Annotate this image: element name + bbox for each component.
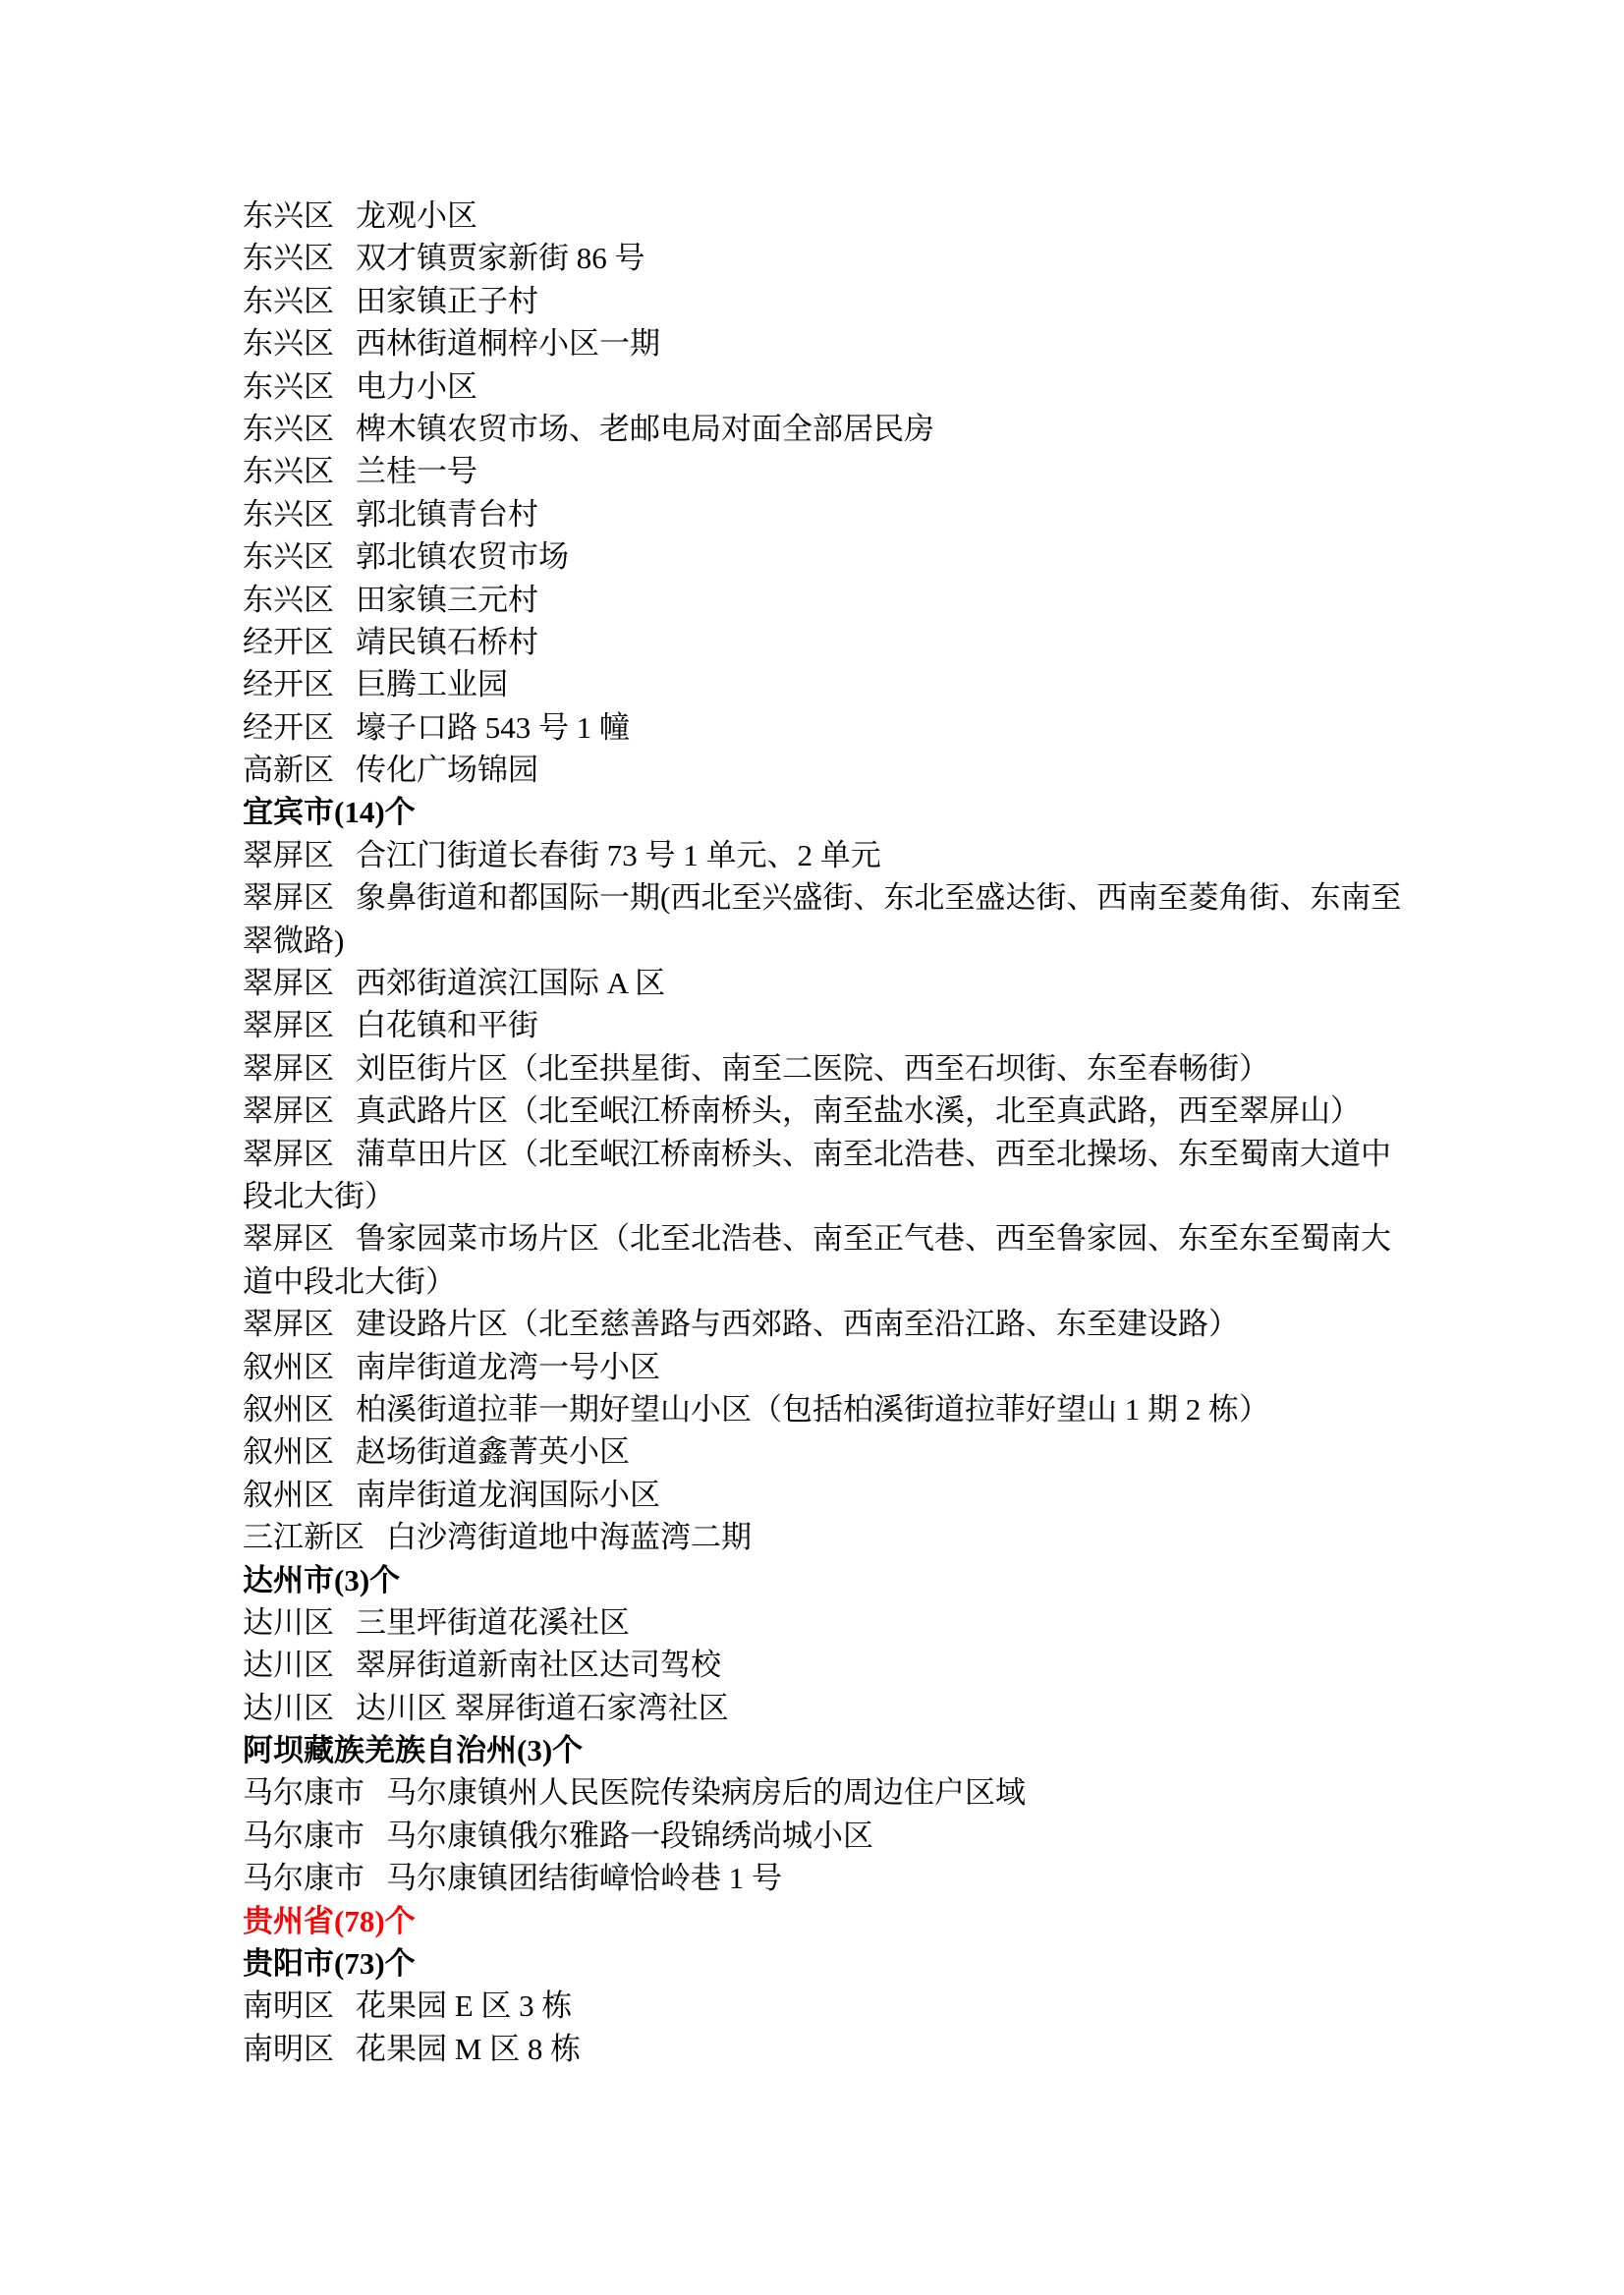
address-text: 白沙湾街道地中海蓝湾二期 xyxy=(386,1520,752,1554)
entry-line: 翠屏区西郊街道滨江国际 A 区 xyxy=(243,962,1397,1004)
province-heading: 贵州省(78)个 xyxy=(243,1900,1397,1942)
entry-line: 达川区翠屏街道新南社区达司驾校 xyxy=(243,1644,1397,1686)
district-label: 达川区 xyxy=(243,1648,334,1682)
district-label: 南明区 xyxy=(243,2032,334,2066)
entry-line: 马尔康市马尔康镇俄尔雅路一段锦绣尚城小区 xyxy=(243,1815,1397,1857)
entry-line: 翠屏区建设路片区（北至慈善路与西郊路、西南至沿江路、东至建设路） xyxy=(243,1303,1397,1345)
address-text: 南岸街道龙润国际小区 xyxy=(356,1478,660,1512)
address-text: 西郊街道滨江国际 A 区 xyxy=(356,966,665,1000)
address-text: 郭北镇农贸市场 xyxy=(356,539,569,574)
district-label: 东兴区 xyxy=(243,497,334,532)
entry-line: 叙州区柏溪街道拉菲一期好望山小区（包括柏溪街道拉菲好望山 1 期 2 栋） xyxy=(243,1388,1397,1430)
district-label: 东兴区 xyxy=(243,454,334,488)
district-label: 高新区 xyxy=(243,753,334,787)
entry-line: 翠屏区合江门街道长春街 73 号 1 单元、2 单元 xyxy=(243,834,1397,876)
address-text: 象鼻街道和都国际一期(西北至兴盛街、东北至盛达街、西南至菱角街、东南至 xyxy=(356,880,1401,915)
address-text: 郭北镇青台村 xyxy=(356,497,538,532)
district-label: 南明区 xyxy=(243,1988,334,2023)
address-text: 赵场街道鑫菁英小区 xyxy=(356,1434,630,1469)
address-text: 田家镇三元村 xyxy=(356,583,538,617)
entry-line: 叙州区南岸街道龙湾一号小区 xyxy=(243,1346,1397,1388)
entry-line: 翠屏区蒲草田片区（北至岷江桥南桥头、南至北浩巷、西至北操场、东至蜀南大道中 xyxy=(243,1133,1397,1175)
district-label: 经开区 xyxy=(243,667,334,701)
district-label: 叙州区 xyxy=(243,1350,334,1384)
address-continuation-line: 段北大街） xyxy=(243,1175,1397,1217)
entry-line: 达川区达川区 翠屏街道石家湾社区 xyxy=(243,1687,1397,1729)
address-text: 蒲草田片区（北至岷江桥南桥头、南至北浩巷、西至北操场、东至蜀南大道中 xyxy=(356,1137,1391,1171)
address-text: 建设路片区（北至慈善路与西郊路、西南至沿江路、东至建设路） xyxy=(356,1307,1239,1341)
entry-line: 翠屏区刘臣街片区（北至拱星街、南至二医院、西至石坝街、东至春畅街） xyxy=(243,1047,1397,1090)
address-text: 花果园 E 区 3 栋 xyxy=(356,1988,572,2023)
entry-line: 南明区花果园 E 区 3 栋 xyxy=(243,1985,1397,2027)
entry-line: 东兴区龙观小区 xyxy=(243,195,1397,237)
document-page: 东兴区龙观小区东兴区双才镇贾家新街 86 号东兴区田家镇正子村东兴区西林街道桐梓… xyxy=(0,0,1624,2295)
district-label: 达川区 xyxy=(243,1691,334,1725)
city-heading: 阿坝藏族羌族自治州(3)个 xyxy=(243,1729,1397,1771)
entry-line: 东兴区田家镇正子村 xyxy=(243,280,1397,322)
district-label: 叙州区 xyxy=(243,1392,334,1427)
address-text: 花果园 M 区 8 栋 xyxy=(356,2032,581,2066)
address-text: 靖民镇石桥村 xyxy=(356,625,538,659)
district-label: 翠屏区 xyxy=(243,1307,334,1341)
district-label: 翠屏区 xyxy=(243,1221,334,1256)
address-continuation-line: 道中段北大街） xyxy=(243,1260,1397,1303)
address-text: 马尔康镇团结街嶂恰岭巷 1 号 xyxy=(386,1861,782,1895)
district-label: 翠屏区 xyxy=(243,1137,334,1171)
address-text: 马尔康镇州人民医院传染病房后的周边住户区域 xyxy=(386,1775,1026,1810)
district-label: 经开区 xyxy=(243,625,334,659)
address-text: 壕子口路 543 号 1 幢 xyxy=(356,710,630,745)
entry-line: 高新区传化广场锦园 xyxy=(243,749,1397,791)
city-heading: 达州市(3)个 xyxy=(243,1559,1397,1601)
entry-line: 东兴区电力小区 xyxy=(243,365,1397,408)
district-label: 翠屏区 xyxy=(243,966,334,1000)
entry-line: 经开区巨腾工业园 xyxy=(243,663,1397,705)
district-label: 东兴区 xyxy=(243,412,334,446)
entry-line: 东兴区西林街道桐梓小区一期 xyxy=(243,322,1397,364)
address-text: 翠屏街道新南社区达司驾校 xyxy=(356,1648,721,1682)
address-text: 刘臣街片区（北至拱星街、南至二医院、西至石坝街、东至春畅街） xyxy=(356,1051,1269,1086)
address-text: 兰桂一号 xyxy=(356,454,477,488)
address-text: 双才镇贾家新街 86 号 xyxy=(356,241,645,275)
district-label: 达川区 xyxy=(243,1605,334,1640)
entry-line: 东兴区椑木镇农贸市场、老邮电局对面全部居民房 xyxy=(243,408,1397,450)
district-label: 东兴区 xyxy=(243,583,334,617)
district-label: 东兴区 xyxy=(243,241,334,275)
entry-line: 三江新区白沙湾街道地中海蓝湾二期 xyxy=(243,1516,1397,1558)
district-label: 叙州区 xyxy=(243,1434,334,1469)
district-label: 马尔康市 xyxy=(243,1861,364,1895)
address-text: 柏溪街道拉菲一期好望山小区（包括柏溪街道拉菲好望山 1 期 2 栋） xyxy=(356,1392,1269,1427)
district-label: 马尔康市 xyxy=(243,1819,364,1853)
district-label: 翠屏区 xyxy=(243,1093,334,1128)
city-heading: 宜宾市(14)个 xyxy=(243,791,1397,833)
address-text: 马尔康镇俄尔雅路一段锦绣尚城小区 xyxy=(386,1819,873,1853)
district-label: 东兴区 xyxy=(243,326,334,361)
district-label: 翠屏区 xyxy=(243,880,334,915)
entry-line: 翠屏区象鼻街道和都国际一期(西北至兴盛街、东北至盛达街、西南至菱角街、东南至 xyxy=(243,876,1397,919)
address-text: 巨腾工业园 xyxy=(356,667,508,701)
entry-line: 东兴区田家镇三元村 xyxy=(243,579,1397,621)
entry-line: 翠屏区白花镇和平街 xyxy=(243,1004,1397,1046)
entry-line: 翠屏区鲁家园菜市场片区（北至北浩巷、南至正气巷、西至鲁家园、东至东至蜀南大 xyxy=(243,1217,1397,1259)
address-text: 合江门街道长春街 73 号 1 单元、2 单元 xyxy=(356,838,881,872)
address-text: 真武路片区（北至岷江桥南桥头，南至盐水溪，北至真武路，西至翠屏山） xyxy=(356,1093,1361,1128)
district-label: 叙州区 xyxy=(243,1478,334,1512)
address-text: 南岸街道龙湾一号小区 xyxy=(356,1350,660,1384)
entry-line: 经开区壕子口路 543 号 1 幢 xyxy=(243,706,1397,749)
entry-line: 东兴区郭北镇农贸市场 xyxy=(243,535,1397,578)
district-label: 翠屏区 xyxy=(243,1008,334,1042)
address-text: 传化广场锦园 xyxy=(356,753,538,787)
district-label: 翠屏区 xyxy=(243,838,334,872)
district-label: 翠屏区 xyxy=(243,1051,334,1086)
entry-line: 叙州区赵场街道鑫菁英小区 xyxy=(243,1430,1397,1473)
district-label: 东兴区 xyxy=(243,539,334,574)
district-label: 三江新区 xyxy=(243,1520,364,1554)
district-label: 马尔康市 xyxy=(243,1775,364,1810)
entry-line: 东兴区兰桂一号 xyxy=(243,450,1397,492)
address-text: 西林街道桐梓小区一期 xyxy=(356,326,660,361)
address-text: 椑木镇农贸市场、老邮电局对面全部居民房 xyxy=(356,412,934,446)
entry-line: 叙州区南岸街道龙润国际小区 xyxy=(243,1474,1397,1516)
entry-line: 马尔康市马尔康镇州人民医院传染病房后的周边住户区域 xyxy=(243,1771,1397,1814)
district-label: 经开区 xyxy=(243,710,334,745)
risk-area-list: 东兴区龙观小区东兴区双才镇贾家新街 86 号东兴区田家镇正子村东兴区西林街道桐梓… xyxy=(243,195,1397,2070)
address-text: 三里坪街道花溪社区 xyxy=(356,1605,630,1640)
district-label: 东兴区 xyxy=(243,284,334,318)
address-text: 龙观小区 xyxy=(356,198,477,233)
entry-line: 翠屏区真武路片区（北至岷江桥南桥头，南至盐水溪，北至真武路，西至翠屏山） xyxy=(243,1090,1397,1132)
entry-line: 达川区三里坪街道花溪社区 xyxy=(243,1601,1397,1644)
entry-line: 南明区花果园 M 区 8 栋 xyxy=(243,2028,1397,2070)
address-text: 田家镇正子村 xyxy=(356,284,538,318)
address-continuation-line: 翠微路) xyxy=(243,920,1397,962)
address-text: 达川区 翠屏街道石家湾社区 xyxy=(356,1691,729,1725)
entry-line: 东兴区郭北镇青台村 xyxy=(243,493,1397,535)
entry-line: 经开区靖民镇石桥村 xyxy=(243,621,1397,663)
entry-line: 马尔康市马尔康镇团结街嶂恰岭巷 1 号 xyxy=(243,1857,1397,1899)
address-text: 电力小区 xyxy=(356,369,477,404)
address-text: 鲁家园菜市场片区（北至北浩巷、南至正气巷、西至鲁家园、东至东至蜀南大 xyxy=(356,1221,1391,1256)
city-heading: 贵阳市(73)个 xyxy=(243,1942,1397,1985)
entry-line: 东兴区双才镇贾家新街 86 号 xyxy=(243,237,1397,279)
district-label: 东兴区 xyxy=(243,198,334,233)
address-text: 白花镇和平街 xyxy=(356,1008,538,1042)
district-label: 东兴区 xyxy=(243,369,334,404)
